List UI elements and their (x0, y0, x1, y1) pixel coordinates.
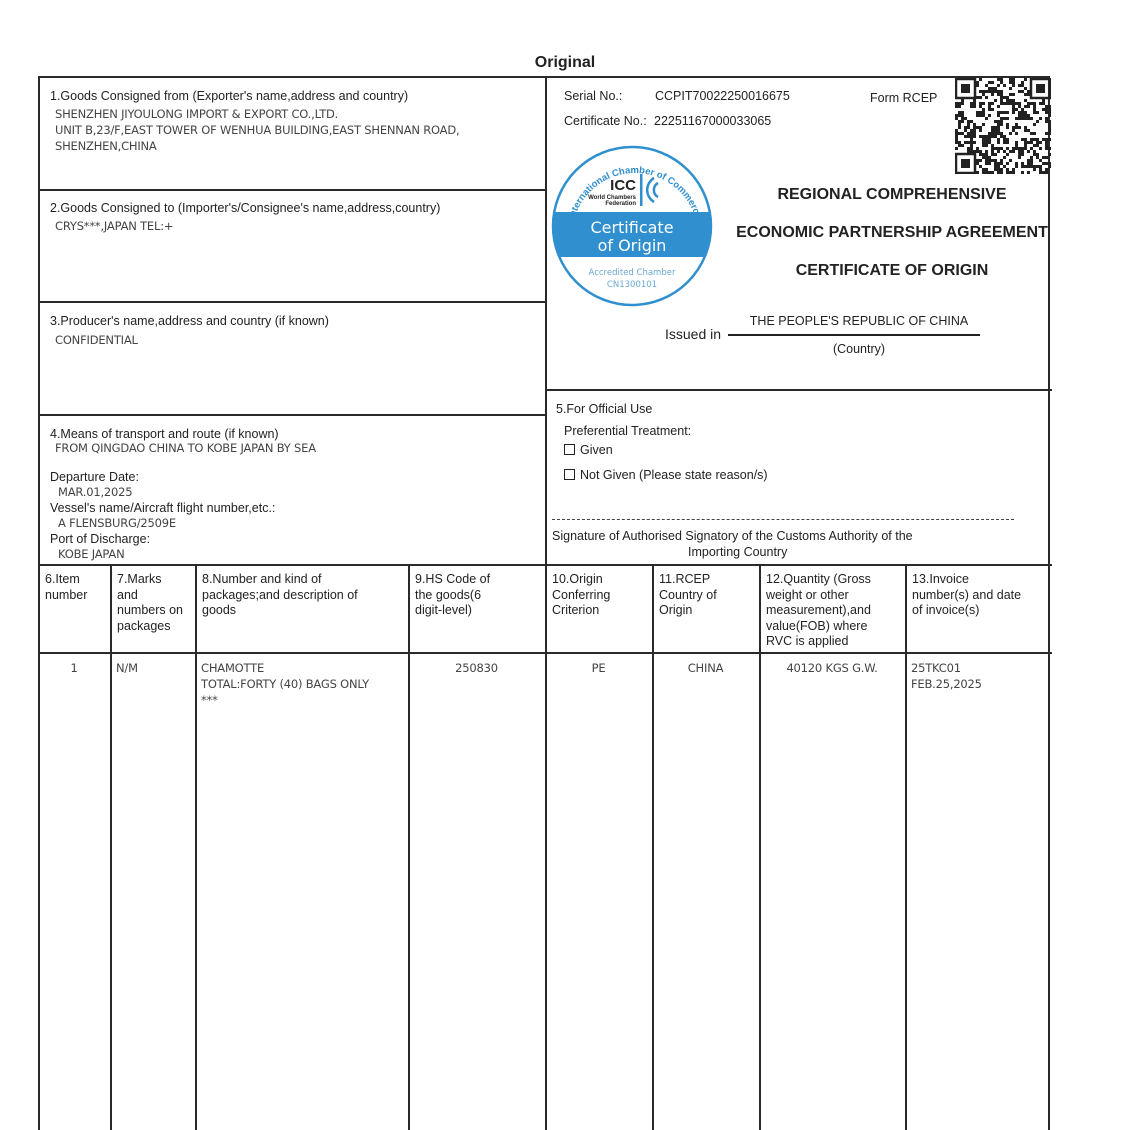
cell-invoice: 25TKC01FEB.25,2025 (911, 660, 1052, 692)
signature-caption-1: Signature of Authorised Signatory of the… (552, 529, 913, 544)
icc-certificate-stamp: International Chamber of Commerce ICC Wo… (550, 144, 714, 308)
vessel-label: Vessel's name/Aircraft flight number,etc… (50, 501, 275, 516)
transport-label: 4.Means of transport and route (if known… (50, 427, 279, 442)
form-name: Form RCEP (870, 91, 937, 106)
issued-in-underline (728, 334, 980, 336)
header-criterion: 10.OriginConferringCriterion (552, 572, 649, 619)
header-country: 11.RCEPCountry ofOrigin (659, 572, 756, 619)
title-line-3: CERTIFICATE OF ORIGIN (722, 262, 1062, 280)
table-column-divider (195, 565, 197, 1130)
departure-label: Departure Date: (50, 470, 139, 485)
title-line-2: ECONOMIC PARTNERSHIP AGREEMENT (722, 224, 1062, 242)
header-description: 8.Number and kind ofpackages;and descrip… (202, 572, 405, 619)
table-column-divider (545, 565, 547, 1130)
cell-hs-code: 250830 (408, 660, 545, 676)
not-given-checkbox[interactable] (564, 469, 575, 480)
certificate-value: 22251167000033065 (654, 114, 771, 129)
divider-box3 (38, 414, 546, 416)
exporter-line-1: SHENZHEN JIYOULONG IMPORT & EXPORT CO.,L… (55, 107, 338, 122)
header-quantity: 12.Quantity (Grossweight or othermeasure… (766, 572, 902, 650)
preferential-label: Preferential Treatment: (564, 424, 691, 439)
svg-text:ICC: ICC (610, 177, 636, 194)
signature-caption-2: Importing Country (688, 545, 787, 560)
divider-box1 (38, 189, 546, 191)
cell-marks: N/M (116, 660, 195, 676)
header-hs-code: 9.HS Code ofthe goods(6digit-level) (415, 572, 542, 619)
title-line-1: REGIONAL COMPREHENSIVE (722, 186, 1062, 204)
given-label: Given (580, 443, 613, 457)
port-value: KOBE JAPAN (58, 547, 125, 562)
serial-value: CCPIT70022250016675 (655, 89, 790, 104)
svg-text:CN1300101: CN1300101 (607, 280, 657, 290)
issued-in-value: THE PEOPLE'S REPUBLIC OF CHINA (728, 314, 990, 329)
copy-label: Original (0, 54, 1130, 72)
table-column-divider (408, 565, 410, 1130)
departure-value: MAR.01,2025 (58, 485, 132, 500)
exporter-line-3: SHENZHEN,CHINA (55, 139, 157, 154)
divider-right-top (546, 389, 1052, 391)
header-item: 6.Itemnumber (45, 572, 107, 603)
exporter-line-2: UNIT B,23/F,EAST TOWER OF WENHUA BUILDIN… (55, 123, 459, 138)
consignee-line-1: CRYS***,JAPAN TEL:+ (55, 219, 173, 234)
cell-description: CHAMOTTETOTAL:FORTY (40) BAGS ONLY*** (201, 660, 408, 708)
official-use-label: 5.For Official Use (556, 402, 652, 417)
certificate-label: Certificate No.: (564, 114, 647, 129)
svg-text:Accredited Chamber: Accredited Chamber (589, 268, 676, 278)
option-given[interactable]: Given (564, 443, 613, 458)
table-column-divider (759, 565, 761, 1130)
serial-label: Serial No.: (564, 89, 622, 104)
transport-route: FROM QINGDAO CHINA TO KOBE JAPAN BY SEA (55, 441, 316, 456)
svg-text:Federation: Federation (605, 201, 636, 207)
issued-in-caption: (Country) (728, 342, 990, 357)
svg-text:Certificate: Certificate (590, 218, 673, 237)
consignee-label: 2.Goods Consigned to (Importer's/Consign… (50, 201, 440, 216)
cell-country: CHINA (652, 660, 759, 676)
not-given-label: Not Given (Please state reason/s) (580, 468, 768, 482)
vessel-value: A FLENSBURG/2509E (58, 516, 176, 531)
divider-box2 (38, 301, 546, 303)
exporter-label: 1.Goods Consigned from (Exporter's name,… (50, 89, 408, 104)
signature-dashed-line (552, 519, 1014, 520)
given-checkbox[interactable] (564, 444, 575, 455)
cell-criterion: PE (545, 660, 652, 676)
producer-line-1: CONFIDENTIAL (55, 333, 138, 348)
cell-quantity: 40120 KGS G.W. (759, 660, 905, 676)
header-invoice: 13.Invoicenumber(s) and dateof invoice(s… (912, 572, 1049, 619)
table-column-divider (905, 565, 907, 1130)
divider-vertical-main (545, 76, 547, 566)
svg-text:of Origin: of Origin (598, 236, 667, 255)
table-column-divider (110, 565, 112, 1130)
issued-in-label: Issued in (665, 326, 721, 342)
producer-label: 3.Producer's name,address and country (i… (50, 314, 329, 329)
cell-item: 1 (38, 660, 110, 676)
table-column-divider (652, 565, 654, 1130)
qr-code-icon (955, 78, 1051, 174)
option-not-given[interactable]: Not Given (Please state reason/s) (564, 468, 768, 483)
port-label: Port of Discharge: (50, 532, 150, 547)
header-marks: 7.Marksandnumbers onpackages (117, 572, 192, 634)
